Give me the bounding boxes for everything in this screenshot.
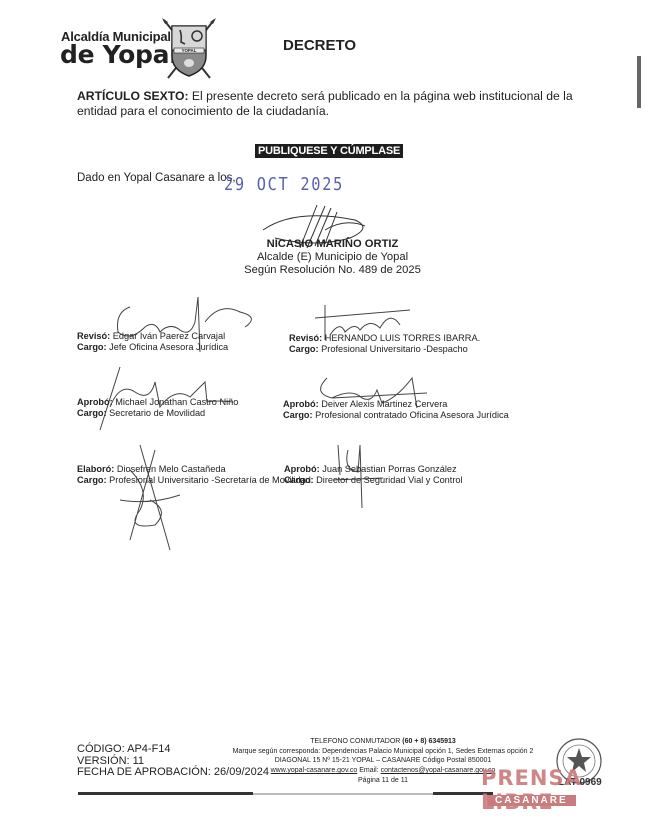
svg-text:YOPAL: YOPAL: [182, 48, 197, 53]
signature-action: Aprobó:: [283, 399, 319, 409]
website-link[interactable]: www.yopal-casanare.gov.co: [271, 767, 358, 774]
footer-rule-light: [253, 793, 433, 795]
signer-cargo: Profesional Universitario -Despacho: [319, 344, 468, 354]
watermark-casanare: CASANARE: [487, 795, 576, 806]
date-stamp: 29 OCT 2025: [224, 174, 344, 195]
cargo-label: Cargo:: [77, 342, 107, 352]
footer-rule-dark: [78, 792, 253, 795]
coat-of-arms-icon: YOPAL: [160, 18, 218, 80]
signature-action: Elaboró:: [77, 464, 114, 474]
signature-action: Aprobó:: [77, 397, 113, 407]
signature-block-aprobo-3: Aprobó: Juan Sebastian Porras González C…: [284, 464, 463, 486]
signer-cargo: Secretario de Movilidad: [107, 408, 206, 418]
document-title: DECRETO: [283, 37, 356, 54]
signature-action: Revisó:: [289, 333, 322, 343]
signature-scribble: [110, 440, 190, 555]
signer-cargo: Profesional Universitario -Secretaría de…: [107, 475, 311, 485]
signature-block-aprobo-2: Aprobó: Deiver Alexis Martinez Cervera C…: [283, 399, 509, 421]
article-sexto: ARTÍCULO SEXTO: El presente decreto será…: [77, 89, 577, 119]
cargo-label: Cargo:: [289, 344, 319, 354]
dado-text: Dado en Yopal Casanare a los,: [77, 172, 236, 184]
cargo-label: Cargo:: [284, 475, 314, 485]
signer-cargo: Jefe Oficina Asesora Jurídica: [107, 342, 229, 352]
cargo-label: Cargo:: [77, 475, 107, 485]
signer-name: Deiver Alexis Martinez Cervera: [319, 399, 448, 409]
footer-direccion: DIAGONAL 15 Nº 15-21 YOPAL – CASANARE Có…: [228, 756, 538, 766]
email-label: Email:: [357, 767, 380, 774]
mayor-block: NICASIO MARIÑO ORTIZ Alcalde (E) Municip…: [200, 238, 465, 277]
footer-marque: Marque según corresponda: Dependencias P…: [228, 747, 538, 757]
signer-name: Michael Jonathan Castro Niño: [113, 397, 239, 407]
watermark-prensa: PRENSA LIBRE: [481, 766, 652, 814]
signer-name: Juan Sebastian Porras González: [320, 464, 457, 474]
signer-name: Diosefren Melo Castañeda: [114, 464, 225, 474]
signature-block-revisor-2: Revisó: HERNANDO LUIS TORRES IBARRA. Car…: [289, 333, 480, 355]
mayor-role: Alcalde (E) Municipio de Yopal: [200, 251, 465, 264]
email-link[interactable]: contactenos@yopal-casanare.gov.co: [381, 767, 496, 774]
publiquese-banner: PUBLIQUESE Y CÚMPLASE: [255, 144, 403, 158]
article-heading: ARTÍCULO SEXTO:: [77, 89, 189, 103]
scrollbar-thumb[interactable]: [637, 56, 641, 108]
signer-cargo: Director de Seguridad Vial y Control: [314, 475, 463, 485]
signature-action: Aprobó:: [284, 464, 320, 474]
mayor-name: NICASIO MARIÑO ORTIZ: [200, 238, 465, 251]
signer-cargo: Profesional contratado Oficina Asesora J…: [313, 410, 509, 420]
signature-action: Revisó:: [77, 331, 110, 341]
signature-block-aprobo-1: Aprobó: Michael Jonathan Castro Niño Car…: [77, 397, 238, 419]
telefono-label: TELEFONO CONMUTADOR: [310, 738, 402, 745]
cargo-label: Cargo:: [77, 408, 107, 418]
signer-name: Edgar Iván Paerez Carvajal: [110, 331, 225, 341]
signer-name: HERNANDO LUIS TORRES IBARRA.: [322, 333, 480, 343]
mayor-resolution: Según Resolución No. 489 de 2025: [200, 264, 465, 277]
telefono-number: (60 + 8) 6345913: [402, 738, 456, 745]
signature-block-revisor-1: Revisó: Edgar Iván Paerez Carvajal Cargo…: [77, 331, 228, 353]
cargo-label: Cargo:: [283, 410, 313, 420]
signature-block-elaboro: Elaboró: Diosefren Melo Castañeda Cargo:…: [77, 464, 311, 486]
